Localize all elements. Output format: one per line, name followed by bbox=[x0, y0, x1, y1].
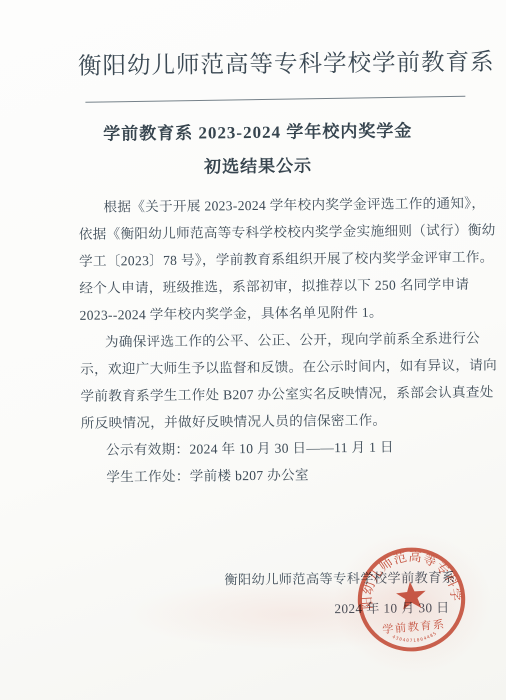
department-header-title: 衡阳幼儿师范高等专科学校学前教育系 bbox=[78, 43, 475, 81]
office-location-line: 学生工作处：学前楼 b207 办公室 bbox=[81, 459, 498, 490]
notice-body: 根据《关于开展 2023-2024 学年校内奖学金评选工作的通知》， 依据《衡阳… bbox=[78, 189, 498, 490]
scanned-document-page: 衡阳幼儿师范高等专科学校学前教育系 学前教育系 2023-2024 学年校内奖学… bbox=[0, 0, 506, 700]
notice-title: 学前教育系 2023-2024 学年校内奖学金 初选结果公示 bbox=[68, 114, 449, 186]
seal-star-icon bbox=[395, 580, 427, 610]
header-divider-rule bbox=[85, 96, 465, 103]
paragraph2-line: 学前教育系学生工作处 B207 办公室实名反映情况，系部会认真查处 bbox=[80, 378, 497, 409]
paragraph1-line: 经个人申请，班级推选，系部初审，拟推荐以下 250 名同学申请 bbox=[79, 270, 496, 301]
notice-title-line1: 学前教育系 2023-2024 学年校内奖学金 bbox=[68, 114, 448, 152]
notice-title-line2: 初选结果公示 bbox=[68, 148, 448, 186]
official-red-seal: 衡阳幼儿师范高等专科学校 学前教育系 4304071004485 bbox=[348, 538, 474, 661]
